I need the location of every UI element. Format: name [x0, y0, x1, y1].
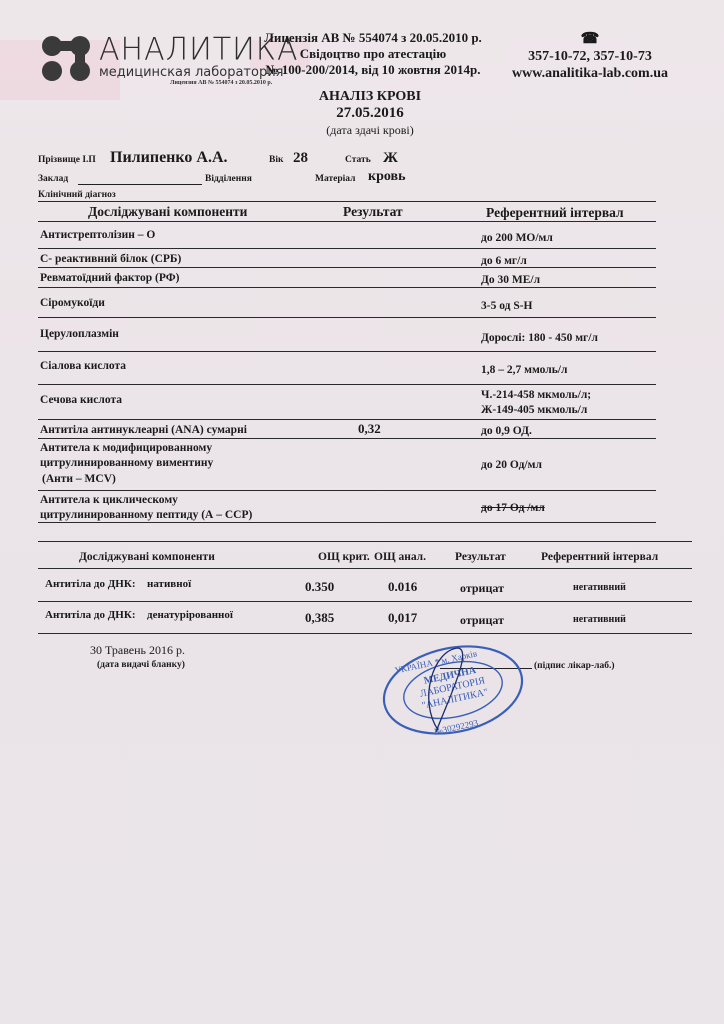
license-block: Лицензія АВ № 554074 з 20.05.2010 р. Сві… [258, 30, 488, 78]
telephone-icon: ☎ [490, 30, 690, 48]
row-component-2: цитрулинированному виментину [40, 456, 213, 470]
license-line: Лицензія АВ № 554074 з 20.05.2010 р. [258, 30, 488, 46]
divider [38, 248, 656, 249]
row-reference: до 0,9 ОД. [481, 424, 532, 438]
patient-age: 28 [293, 150, 308, 167]
row-component: С- реактивний білок (СРБ) [40, 252, 181, 266]
row-reference: до 200 МО/мл [481, 231, 553, 245]
row-reference: до 17 Од /мл [481, 501, 545, 515]
t2-header-result: Результат [455, 551, 506, 563]
divider [38, 201, 656, 202]
row-component: Церулоплазмін [40, 327, 119, 341]
t2-header-component: Досліджувані компоненти [79, 551, 215, 563]
row-result: 0,32 [358, 422, 381, 436]
col-header-reference: Референтний інтервал [486, 205, 624, 221]
t2-anal: 0.016 [388, 579, 417, 595]
row-reference: 3-5 од S-H [481, 299, 533, 313]
divider [38, 438, 656, 439]
t2-component: Антитіла до ДНК: [45, 609, 135, 621]
diagnosis-label: Клінічний діагноз [38, 190, 116, 200]
blood-draw-date: 27.05.2016 [300, 105, 440, 122]
t2-anal: 0,017 [388, 610, 417, 626]
row-component: Антитіла антинуклеарні (ANA) сумарні [40, 423, 247, 437]
phone-numbers: 357-10-72, 357-10-73 [490, 48, 690, 65]
divider [38, 541, 692, 542]
row-component: Антитела к циклическому [40, 493, 178, 507]
logo-subtitle: медицинская лаборатория [99, 65, 283, 80]
t2-reference: негативний [573, 614, 626, 625]
report-title: АНАЛІЗ КРОВІ 27.05.2016 (дата здачі кров… [300, 88, 440, 139]
row-component-2: цитрулинированному пептиду (А – ССР) [40, 508, 252, 522]
row-reference: до 20 Од/мл [481, 458, 542, 472]
t2-crit: 0.350 [305, 579, 334, 595]
row-component: Антистрептолізин – О [40, 228, 155, 242]
divider [38, 633, 692, 634]
t2-component: Антитіла до ДНК: [45, 578, 135, 590]
analitika-logo-icon [42, 34, 92, 82]
divider [38, 490, 656, 491]
divider [38, 419, 656, 420]
row-component: Сіалова кислота [40, 359, 126, 373]
row-reference: До 30 МЕ/л [481, 273, 540, 287]
stamp-seal-icon: МЕДИЧНА ЛАБОРАТОРІЯ "АНАЛІТИКА" УКРАЇНА … [378, 640, 528, 740]
blood-draw-date-caption: (дата здачі крові) [300, 122, 440, 139]
t2-header-reference: Референтний інтервал [541, 551, 658, 563]
lab-stamp: МЕДИЧНА ЛАБОРАТОРІЯ "АНАЛІТИКА" УКРАЇНА … [378, 640, 528, 740]
divider [38, 522, 656, 523]
row-component: Ревматоїдний фактор (РФ) [40, 271, 179, 285]
institution-field [78, 184, 202, 185]
divider [38, 384, 656, 385]
row-reference-2: Ж-149-405 мкмоль/л [481, 403, 587, 417]
row-component: Антитела к модифицированному [40, 441, 212, 455]
divider [38, 601, 692, 602]
t2-header-anal: ОЩ анал. [374, 551, 426, 563]
lab-report-page: АНАЛИТИКА медицинская лаборатория Лиценз… [0, 0, 724, 1024]
t2-crit: 0,385 [305, 610, 334, 626]
row-reference: 1,8 – 2,7 ммоль/л [481, 363, 567, 377]
department-label: Відділення [205, 174, 252, 184]
divider [38, 351, 656, 352]
divider [38, 267, 656, 268]
contact-block: ☎ 357-10-72, 357-10-73 www.analitika-lab… [490, 30, 690, 82]
divider [38, 287, 656, 288]
row-component: Сечова кислота [40, 393, 122, 407]
divider [38, 221, 656, 222]
sex-label: Стать [345, 155, 371, 165]
col-header-result: Результат [343, 204, 403, 220]
institution-label: Заклад [38, 174, 68, 184]
logo-license: Лицензия АВ № 554074 з 20.05.2010 р. [170, 80, 272, 86]
material-value: кровь [368, 169, 405, 185]
report-heading: АНАЛІЗ КРОВІ [300, 88, 440, 105]
material-label: Матеріал [315, 174, 355, 184]
row-reference: Ч.-214-458 мкмоль/л; [481, 388, 591, 402]
row-component-3: (Анти – MCV) [42, 472, 116, 486]
t2-reference: негативний [573, 582, 626, 593]
issue-date: 30 Травень 2016 р. [90, 643, 185, 658]
t2-result: отрицат [460, 613, 504, 628]
row-reference: Дорослі: 180 - 450 мг/л [481, 331, 598, 345]
row-component: Сіромукоїди [40, 296, 105, 310]
certificate-number: № 100-200/2014, від 10 жовтня 2014р. [258, 62, 488, 78]
divider [38, 317, 656, 318]
t2-header-crit: ОЩ крит. [318, 551, 370, 563]
issue-date-caption: (дата видачі бланку) [97, 660, 185, 670]
patient-name: Пилипенко А.А. [110, 149, 228, 167]
certificate-line: Свідоцтво про атестацію [258, 46, 488, 62]
divider [38, 568, 692, 569]
signature-caption: (підпис лікар-лаб.) [534, 661, 615, 671]
website: www.analitika-lab.com.ua [490, 65, 690, 82]
row-reference: до 6 мг/л [481, 254, 527, 268]
name-label: Прізвище І.П [38, 155, 96, 165]
t2-type: денатурірованної [147, 609, 233, 621]
col-header-component: Досліджувані компоненти [88, 204, 247, 220]
age-label: Вік [269, 155, 283, 165]
t2-result: отрицат [460, 581, 504, 596]
patient-sex: Ж [383, 150, 398, 167]
t2-type: нативної [147, 578, 191, 590]
